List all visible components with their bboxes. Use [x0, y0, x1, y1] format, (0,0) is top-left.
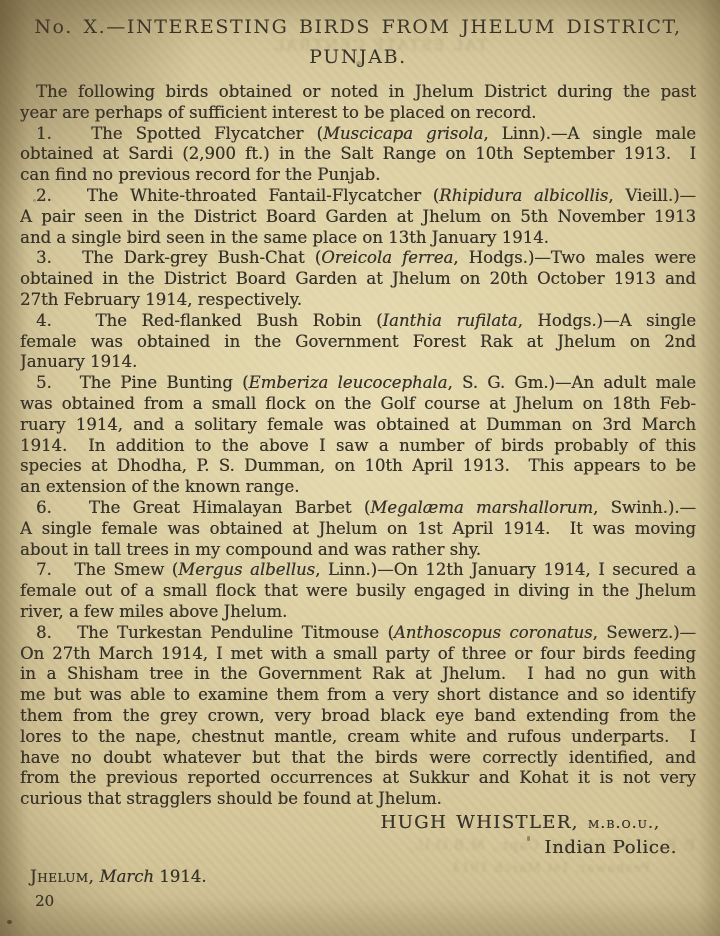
- signature-name-line: HUGH WHISTLER, m.b.o.u.,: [20, 810, 696, 835]
- text-line: The following birds obtained or noted in…: [20, 82, 696, 103]
- text-line: them from the grey crown, very broad bla…: [20, 706, 696, 727]
- signature-degree: m.b.o.u.,: [588, 813, 660, 832]
- text-line: was obtained from a small flock on the G…: [20, 394, 696, 415]
- text-line: year are perhaps of sufficient interest …: [20, 103, 696, 124]
- scanned-document-page: TAL ESTATE CENTRAL P. R. W. VENNING, Cap…: [0, 0, 720, 936]
- article-title-line-2: PUNJAB.: [20, 44, 696, 70]
- text-line: can find no previous record for the Punj…: [20, 165, 696, 186]
- text-line: obtained in the District Board Garden at…: [20, 269, 696, 290]
- page-content: No. X.—INTERESTING BIRDS FROM JHELUM DIS…: [20, 14, 696, 912]
- text-line: 1. The Spotted Flycatcher (Muscicapa gri…: [20, 124, 696, 145]
- text-line: 3. The Dark-grey Bush-Chat (Oreicola fer…: [20, 248, 696, 269]
- text-line: from the previous reported occurrences a…: [20, 768, 696, 789]
- text-line: 1914. In addition to the above I saw a n…: [20, 436, 696, 457]
- text-line: species at Dhodha, P. S. Dumman, on 10th…: [20, 456, 696, 477]
- text-line: female out of a small flock that were bu…: [20, 581, 696, 602]
- text-line: On 27th March 1914, I met with a small p…: [20, 644, 696, 665]
- text-line: have no doubt whatever but that the bird…: [20, 748, 696, 769]
- signature-block: HUGH WHISTLER, m.b.o.u., Indian Police.: [20, 810, 696, 860]
- text-line: me but was able to examine them from a v…: [20, 685, 696, 706]
- text-line: 8. The Turkestan Penduline Titmouse (Ant…: [20, 623, 696, 644]
- text-line: 5. The Pine Bunting (Emberiza leucocepha…: [20, 373, 696, 394]
- text-line: 6. The Great Himalayan Barbet (Megalæma …: [20, 498, 696, 519]
- dateline: Jhelum, March 1914.: [20, 866, 696, 888]
- text-line: January 1914.: [20, 352, 696, 373]
- text-line: and a single bird seen in the same place…: [20, 228, 696, 249]
- body-text: The following birds obtained or noted in…: [20, 82, 696, 810]
- text-line: river, a few miles above Jhelum.: [20, 602, 696, 623]
- text-line: lores to the nape, chestnut mantle, crea…: [20, 727, 696, 748]
- signature-title: Indian Police.: [20, 835, 696, 860]
- text-line: female was obtained in the Government Fo…: [20, 332, 696, 353]
- text-line: about in tall trees in my compound and w…: [20, 540, 696, 561]
- text-line: in a Shisham tree in the Government Rak …: [20, 664, 696, 685]
- article-title: No. X.—INTERESTING BIRDS FROM JHELUM DIS…: [20, 14, 696, 70]
- signature-name: HUGH WHISTLER,: [381, 812, 579, 833]
- article-title-line-1: No. X.—INTERESTING BIRDS FROM JHELUM DIS…: [20, 14, 696, 40]
- dateline-year: 1914.: [159, 867, 206, 886]
- text-line: an extension of the known range.: [20, 477, 696, 498]
- text-line: 4. The Red-flanked Bush Robin (Ianthia r…: [20, 311, 696, 332]
- text-line: 2. The White-throated Fantail-Flycatcher…: [20, 186, 696, 207]
- dateline-month: March: [100, 867, 155, 886]
- text-line: A pair seen in the District Board Garden…: [20, 207, 696, 228]
- text-line: A single female was obtained at Jhelum o…: [20, 519, 696, 540]
- text-line: ruary 1914, and a solitary female was ob…: [20, 415, 696, 436]
- page-number: 20: [20, 890, 696, 912]
- paper-speck: [7, 920, 12, 924]
- text-line: curious that stragglers should be found …: [20, 789, 696, 810]
- text-line: 7. The Smew (Mergus albellus, Linn.)—On …: [20, 560, 696, 581]
- text-line: 27th February 1914, respectively.: [20, 290, 696, 311]
- text-line: obtained at Sardi (2,900 ft.) in the Sal…: [20, 144, 696, 165]
- dateline-place: Jhelum,: [30, 867, 94, 886]
